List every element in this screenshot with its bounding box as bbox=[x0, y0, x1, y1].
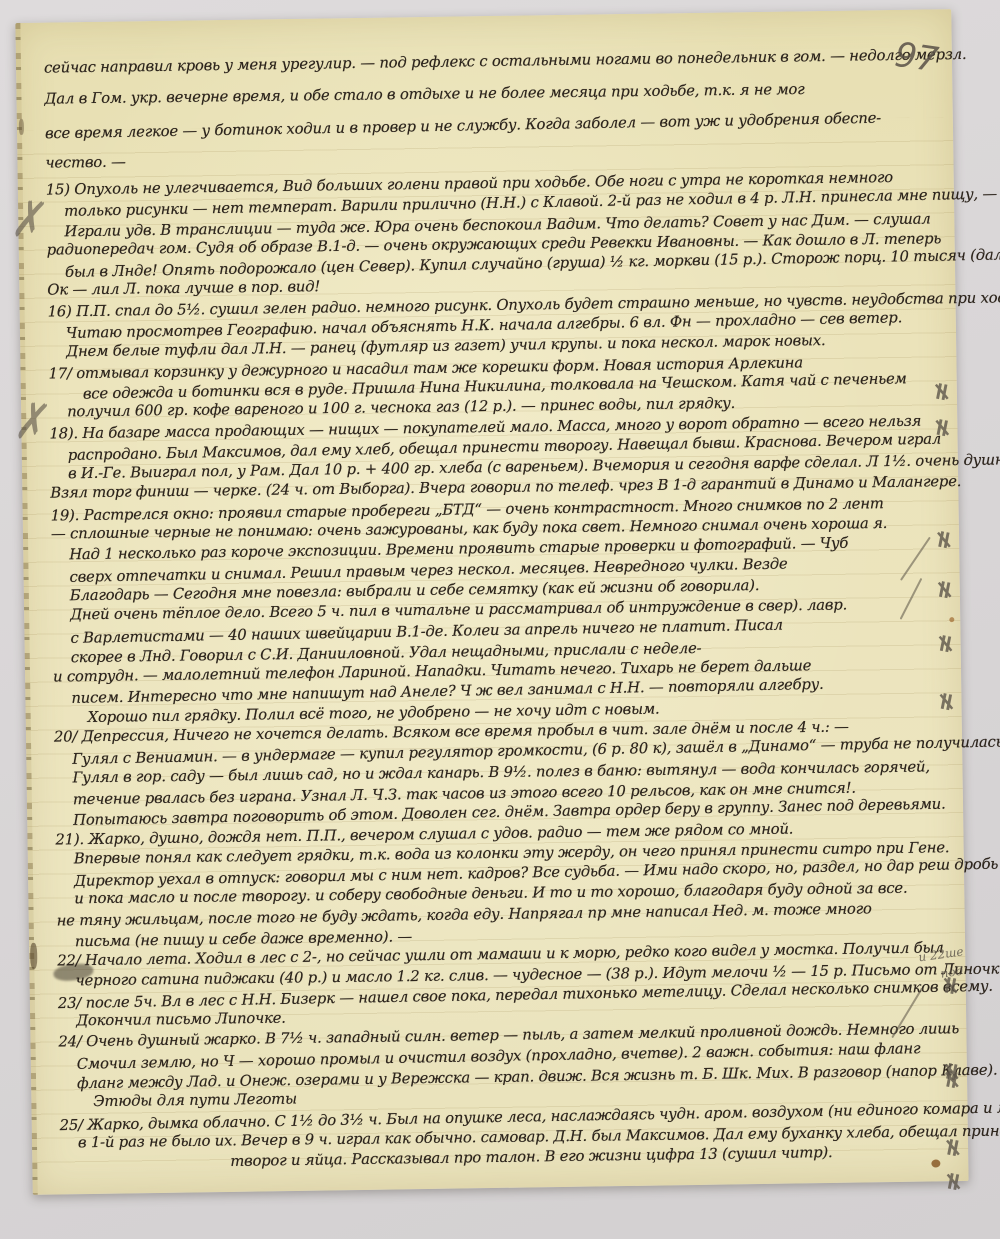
scanner-background: 97 сейчас направил кровь у меня урегулир… bbox=[0, 0, 1000, 1239]
manuscript-page: 97 сейчас направил кровь у меня урегулир… bbox=[15, 9, 968, 1195]
left-margin-x-mark: ✗ bbox=[11, 390, 54, 457]
handwritten-text-block: сейчас направил кровь у меня урегулир. —… bbox=[44, 40, 943, 1176]
right-margin-hash-mark: ≠ bbox=[938, 1169, 971, 1195]
pencil-notes bbox=[15, 9, 951, 23]
stain bbox=[949, 617, 954, 622]
left-margin-x-mark: ✗ bbox=[8, 188, 51, 255]
page-number-pencil: 97 bbox=[892, 35, 940, 81]
left-margin-marks bbox=[15, 9, 951, 23]
right-margin-marks bbox=[15, 9, 951, 23]
stain bbox=[30, 943, 37, 969]
stain bbox=[19, 119, 24, 135]
